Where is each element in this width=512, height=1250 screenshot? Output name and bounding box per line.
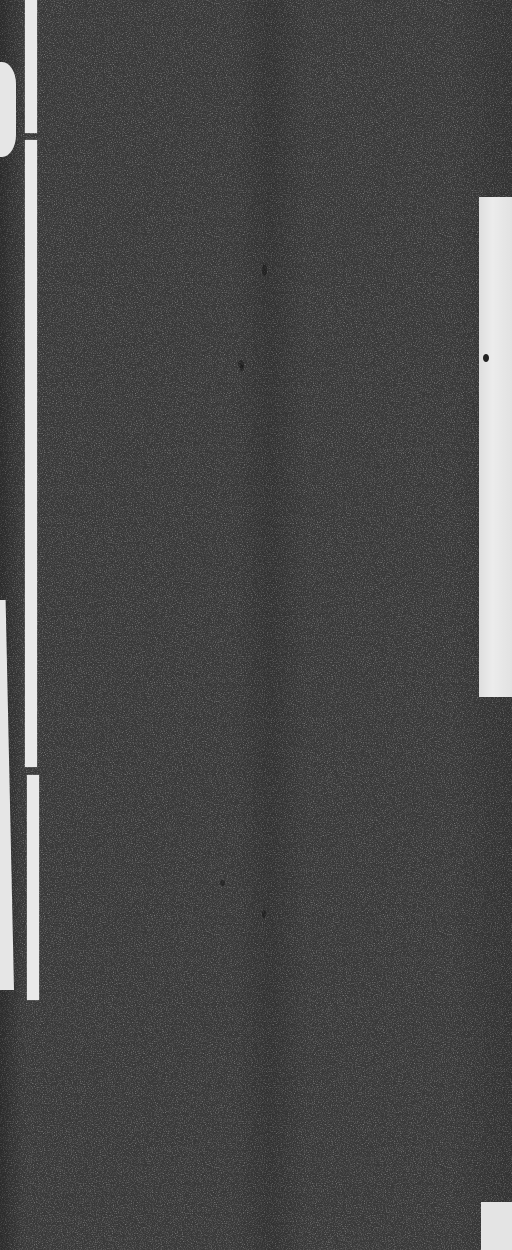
road-stain: [220, 880, 225, 886]
road-stain: [262, 264, 267, 276]
road-edge-marking-top: [0, 62, 16, 157]
tire-track-band: [235, 0, 305, 1250]
lane-marking-segment: [25, 0, 37, 133]
lane-marking-segment: [27, 775, 39, 1000]
right-marking-panel: [479, 197, 512, 697]
debris-spot: [483, 354, 489, 362]
right-marking-panel-bottom: [481, 1202, 512, 1250]
lane-marking-segment: [25, 140, 37, 767]
road-surface-photo: Top-down grayscale photograph of asphalt…: [0, 0, 512, 1250]
road-stain: [262, 910, 266, 918]
road-stain: [240, 365, 244, 371]
